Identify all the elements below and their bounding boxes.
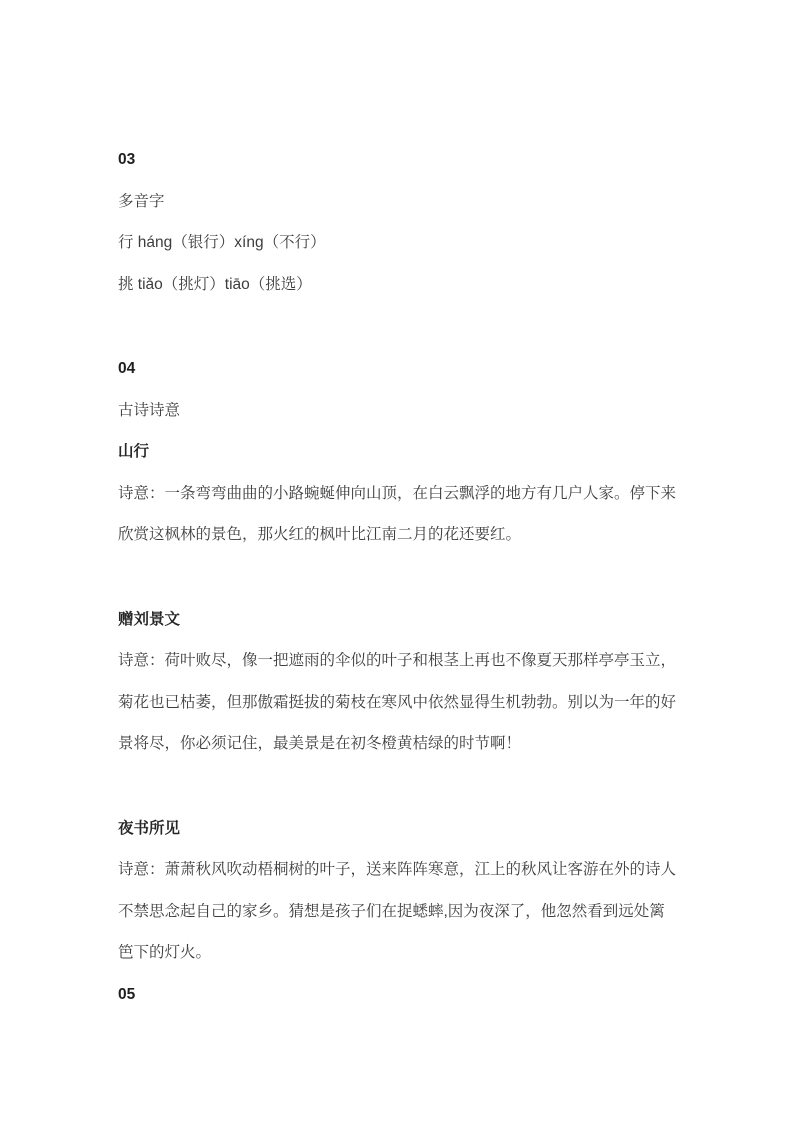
polyphone-line-hang: 行 háng（银行）xíng（不行）	[118, 222, 678, 264]
poem-title-shanxing: 山行	[118, 431, 678, 473]
section-number-05: 05	[118, 974, 678, 1016]
poem-meaning-zeng-liu-jingwen: 诗意：荷叶败尽，像一把遮雨的伞似的叶子和根茎上再也不像夏天那样亭亭玉立，菊花也已…	[118, 640, 678, 765]
document-page: 03 多音字 行 háng（银行）xíng（不行） 挑 tiǎo（挑灯）tiāo…	[0, 0, 793, 1122]
poem-meaning-shanxing: 诗意：一条弯弯曲曲的小路蜿蜒伸向山顶，在白云飘浮的地方有几户人家。停下来欣赏这枫…	[118, 473, 678, 556]
polyphone-line-tiao: 挑 tiǎo（挑灯）tiāo（挑选）	[118, 264, 678, 306]
poem-title-zeng-liu-jingwen: 赠刘景文	[118, 599, 678, 641]
section-number-03: 03	[118, 139, 678, 181]
poem-meaning-yeshu-suojian: 诗意：萧萧秋风吹动梧桐树的叶子，送来阵阵寒意，江上的秋风让客游在外的诗人不禁思念…	[118, 849, 678, 974]
heading-ancient-poem-meanings: 古诗诗意	[118, 390, 678, 432]
heading-polyphonic-characters: 多音字	[118, 181, 678, 223]
poem-title-yeshu-suojian: 夜书所见	[118, 808, 678, 850]
section-number-04: 04	[118, 348, 678, 390]
document-content: 03 多音字 行 háng（银行）xíng（不行） 挑 tiǎo（挑灯）tiāo…	[118, 139, 678, 1015]
